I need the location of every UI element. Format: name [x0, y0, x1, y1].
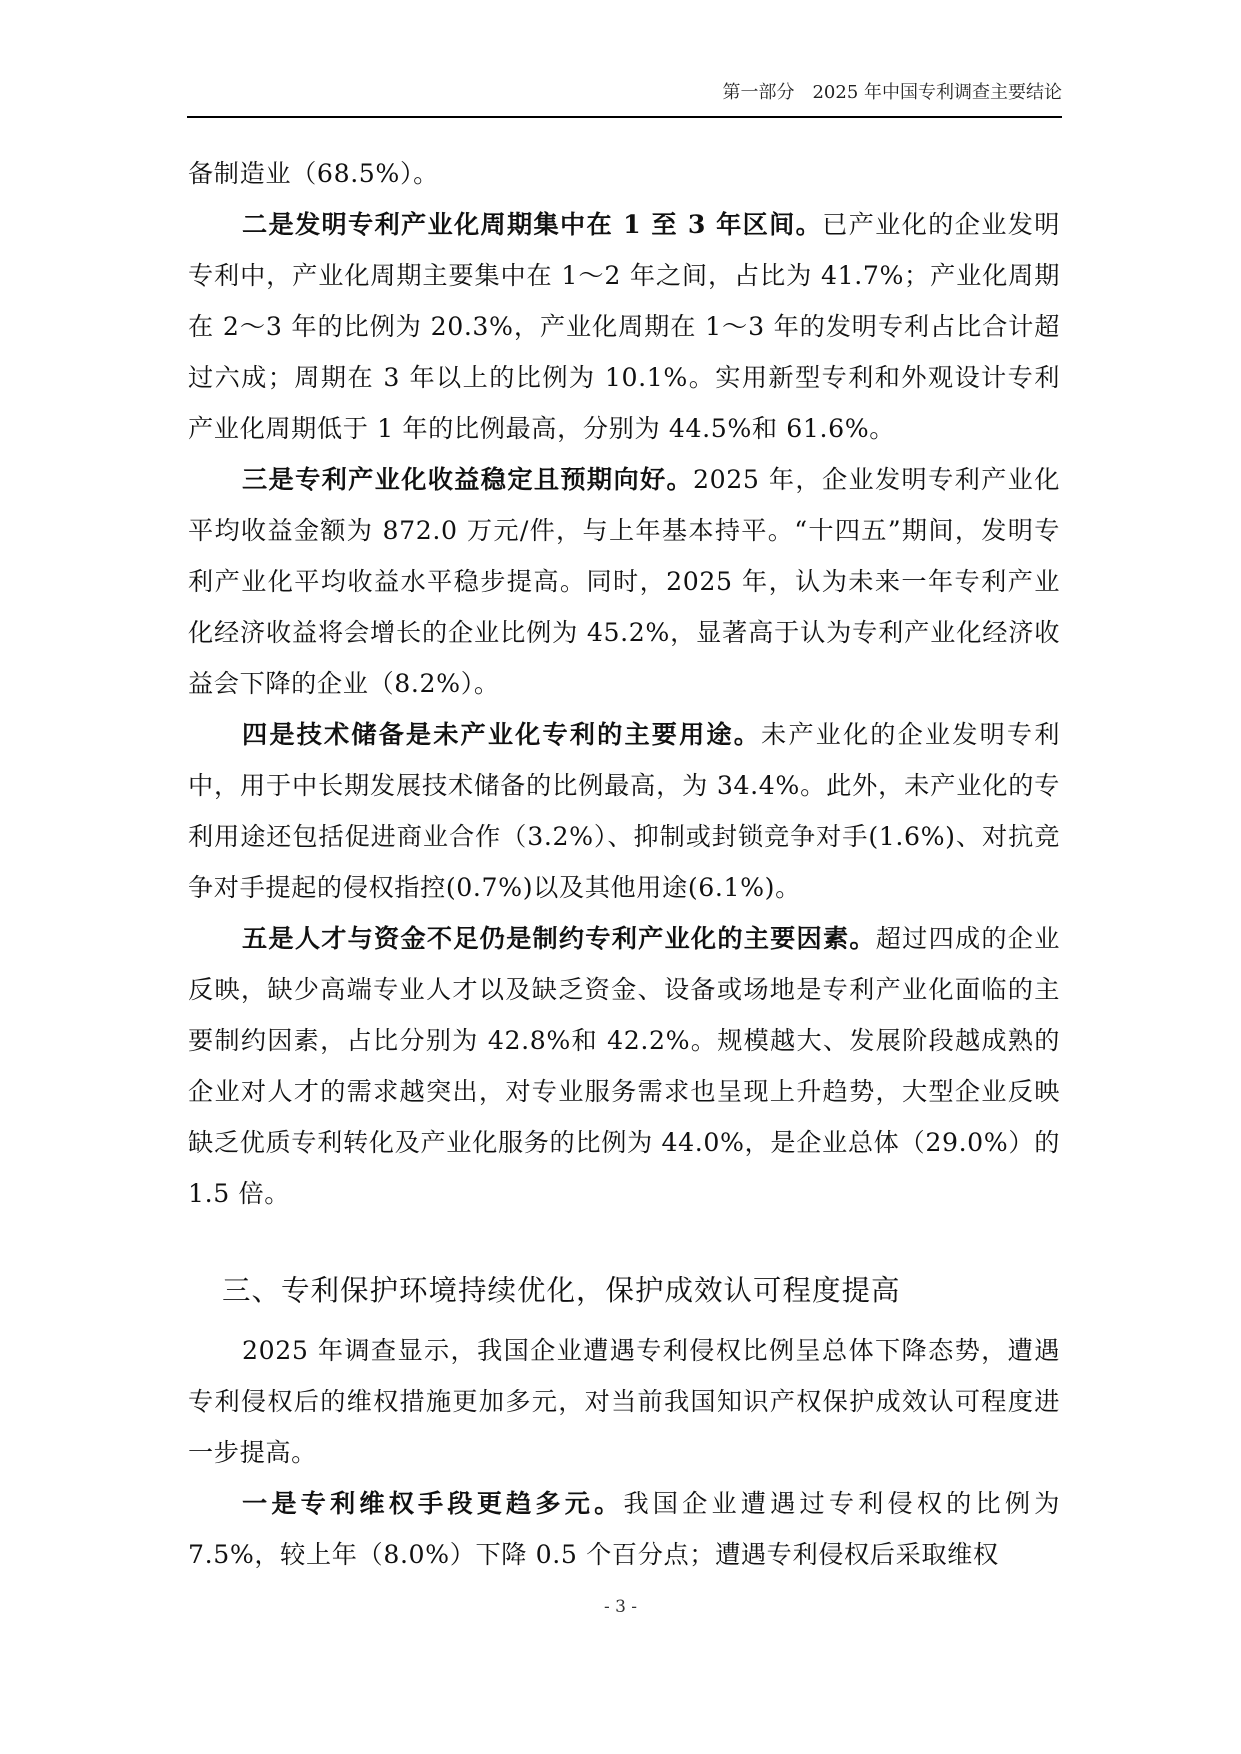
point-paragraph-4: 四是技术储备是未产业化专利的主要用途。未产业化的企业发明专利中，用于中长期发展技… — [188, 709, 1060, 913]
section-intro-paragraph: 2025 年调查显示，我国企业遭遇专利侵权比例呈总体下降态势，遭遇专利侵权后的维… — [188, 1325, 1060, 1478]
point-text: 超过四成的企业反映，缺少高端专业人才以及缺乏资金、设备或场地是专利产业化面临的主… — [188, 924, 1060, 1208]
section-point-paragraph-1: 一是专利维权手段更趋多元。我国企业遭遇过专利侵权的比例为 7.5%，较上年（8.… — [188, 1478, 1060, 1580]
continuation-paragraph: 备制造业（68.5%）。 — [188, 148, 1060, 199]
point-lead: 二是发明专利产业化周期集中在 1 至 3 年区间。 — [242, 209, 822, 239]
point-lead: 五是人才与资金不足仍是制约专利产业化的主要因素。 — [242, 923, 876, 953]
running-header: 第一部分 2025 年中国专利调查主要结论 — [187, 80, 1062, 118]
point-paragraph-3: 三是专利产业化收益稳定且预期向好。2025 年，企业发明专利产业化平均收益金额为… — [188, 454, 1060, 709]
running-header-title: 第一部分 2025 年中国专利调查主要结论 — [722, 82, 1062, 103]
point-lead: 一是专利维权手段更趋多元。 — [242, 1488, 623, 1518]
point-paragraph-5: 五是人才与资金不足仍是制约专利产业化的主要因素。超过四成的企业反映，缺少高端专业… — [188, 913, 1060, 1219]
point-text: 2025 年，企业发明专利产业化平均收益金额为 872.0 万元/件，与上年基本… — [188, 465, 1060, 698]
point-lead: 三是专利产业化收益稳定且预期向好。 — [242, 464, 693, 494]
point-text: 已产业化的企业发明专利中，产业化周期主要集中在 1～2 年之间，占比为 41.7… — [188, 210, 1060, 443]
section-heading: 三、专利保护环境持续优化，保护成效认可程度提高 — [222, 1261, 1060, 1321]
point-lead: 四是技术储备是未产业化专利的主要用途。 — [242, 719, 761, 749]
point-paragraph-2: 二是发明专利产业化周期集中在 1 至 3 年区间。已产业化的企业发明专利中，产业… — [188, 199, 1060, 454]
page-content: 备制造业（68.5%）。 二是发明专利产业化周期集中在 1 至 3 年区间。已产… — [188, 148, 1060, 1580]
page-number: - 3 - — [0, 1597, 1241, 1617]
